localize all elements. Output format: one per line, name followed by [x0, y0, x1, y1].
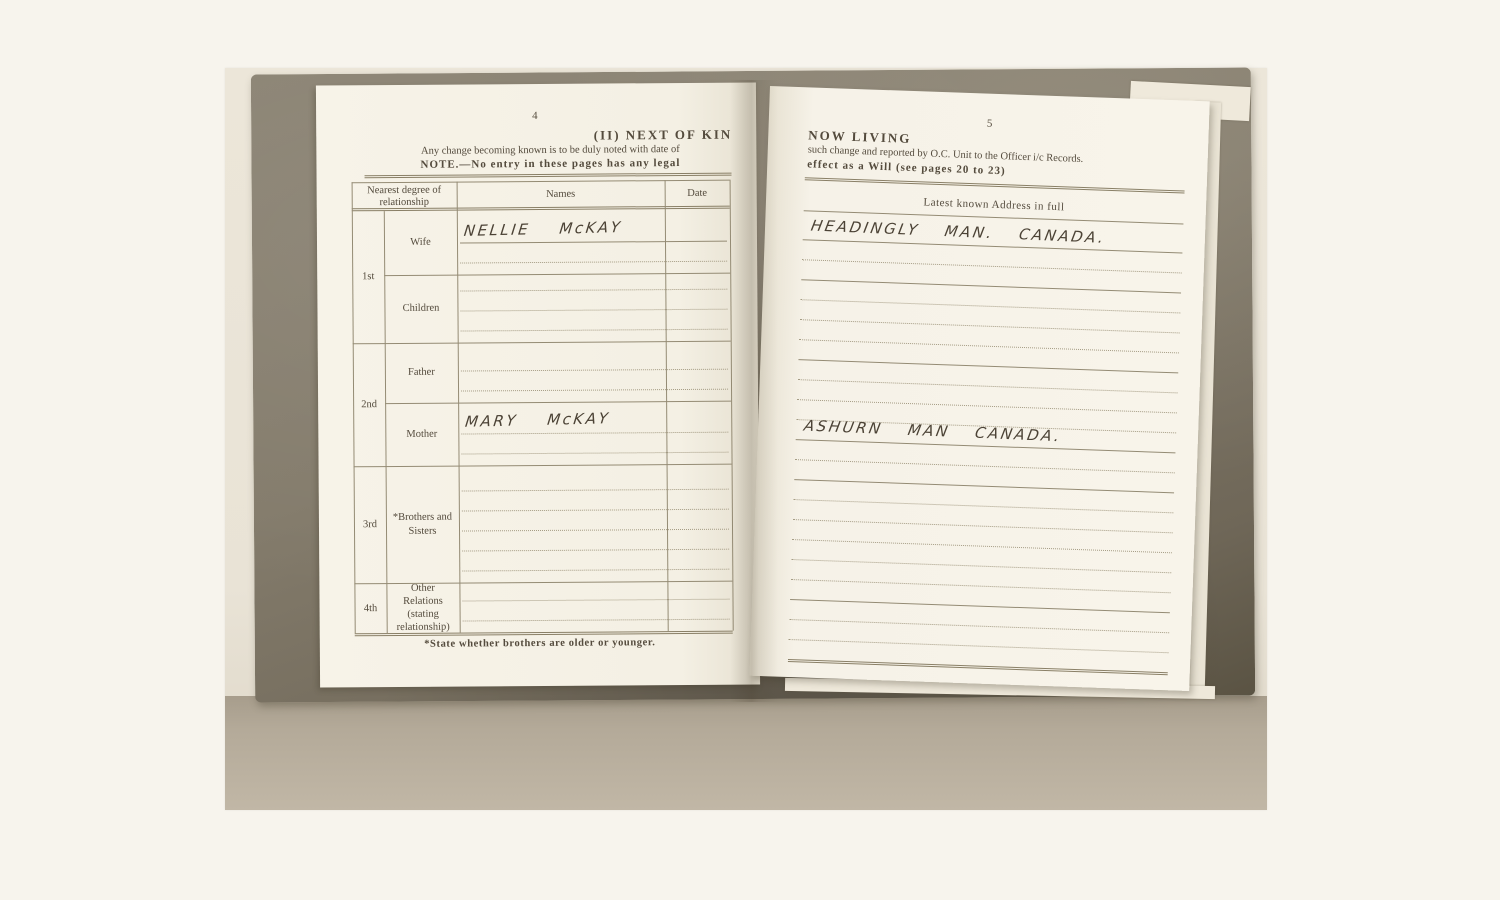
address-line — [791, 579, 1171, 593]
book-photograph: 4 (II) NEXT OF KIN Any change becoming k… — [225, 68, 1267, 810]
writing-line — [461, 452, 728, 455]
book-gutter-shadow — [730, 80, 778, 702]
address-line — [799, 339, 1179, 353]
left-page-note-bold: NOTE.—No entry in these pages has any le… — [366, 157, 734, 172]
writing-line — [461, 432, 728, 435]
address-line — [788, 659, 1168, 675]
table-border — [665, 180, 669, 631]
divider — [365, 173, 732, 179]
writing-line — [461, 389, 728, 392]
address-line — [797, 399, 1177, 413]
address-line — [802, 259, 1182, 273]
relationship-label: Mother — [386, 403, 457, 466]
address-line — [789, 639, 1169, 653]
handwritten-name: MARY McKAY — [464, 409, 611, 431]
column-header-relationship: Nearest degree of relationship — [354, 185, 455, 210]
address-line — [793, 519, 1173, 533]
address-line — [800, 319, 1180, 333]
writing-line — [463, 599, 730, 602]
table-surface — [225, 696, 1267, 810]
writing-line — [462, 489, 729, 492]
address-line — [801, 299, 1181, 313]
degree-ordinal: 3rd — [354, 466, 387, 583]
column-header-names: Names — [457, 188, 665, 202]
handwritten-address: HEADINGLY MAN. CANADA. — [810, 217, 1108, 247]
relationship-label: Wife — [385, 210, 456, 275]
writing-line — [462, 569, 729, 572]
writing-line — [463, 619, 730, 622]
writing-line — [460, 241, 727, 244]
degree-ordinal: 2nd — [353, 343, 386, 466]
column-header-date: Date — [665, 188, 730, 201]
right-page: 5 NOW LIVING such change and reported by… — [749, 86, 1209, 691]
address-line — [801, 279, 1181, 293]
relationship-label: Children — [385, 275, 456, 343]
left-page-note: Any change becoming known is to be duly … — [366, 144, 734, 158]
column-header-address: Latest known Address in full — [804, 192, 1184, 217]
table-border — [352, 180, 730, 184]
degree-ordinal: 1st — [352, 210, 385, 343]
relationship-label: Father — [386, 343, 457, 403]
writing-line — [460, 261, 727, 264]
left-page: 4 (II) NEXT OF KIN Any change becoming k… — [316, 82, 760, 687]
address-line — [795, 459, 1175, 473]
left-page-title: (II) NEXT OF KIN — [594, 127, 733, 144]
writing-line — [461, 329, 728, 332]
handwritten-name: NELLIE McKAY — [463, 218, 624, 240]
address-line — [794, 479, 1174, 493]
relationship-label: *Brothers and Sisters — [387, 466, 459, 583]
writing-line — [461, 369, 728, 372]
writing-line — [462, 549, 729, 552]
writing-line — [462, 529, 729, 532]
address-line — [798, 359, 1178, 373]
relationship-label: Other Relations (stating relationship) — [387, 583, 458, 633]
address-line — [790, 599, 1170, 613]
degree-ordinal: 4th — [354, 583, 386, 633]
page-number: 5 — [987, 118, 993, 130]
address-line — [789, 619, 1169, 633]
address-line — [792, 539, 1172, 553]
address-line — [794, 499, 1174, 513]
address-line — [798, 379, 1178, 393]
writing-line — [460, 289, 727, 292]
writing-line — [462, 509, 729, 512]
footnote: *State whether brothers are older or you… — [390, 637, 690, 650]
page-number: 4 — [532, 110, 538, 122]
address-line — [791, 559, 1171, 573]
writing-line — [460, 309, 727, 312]
